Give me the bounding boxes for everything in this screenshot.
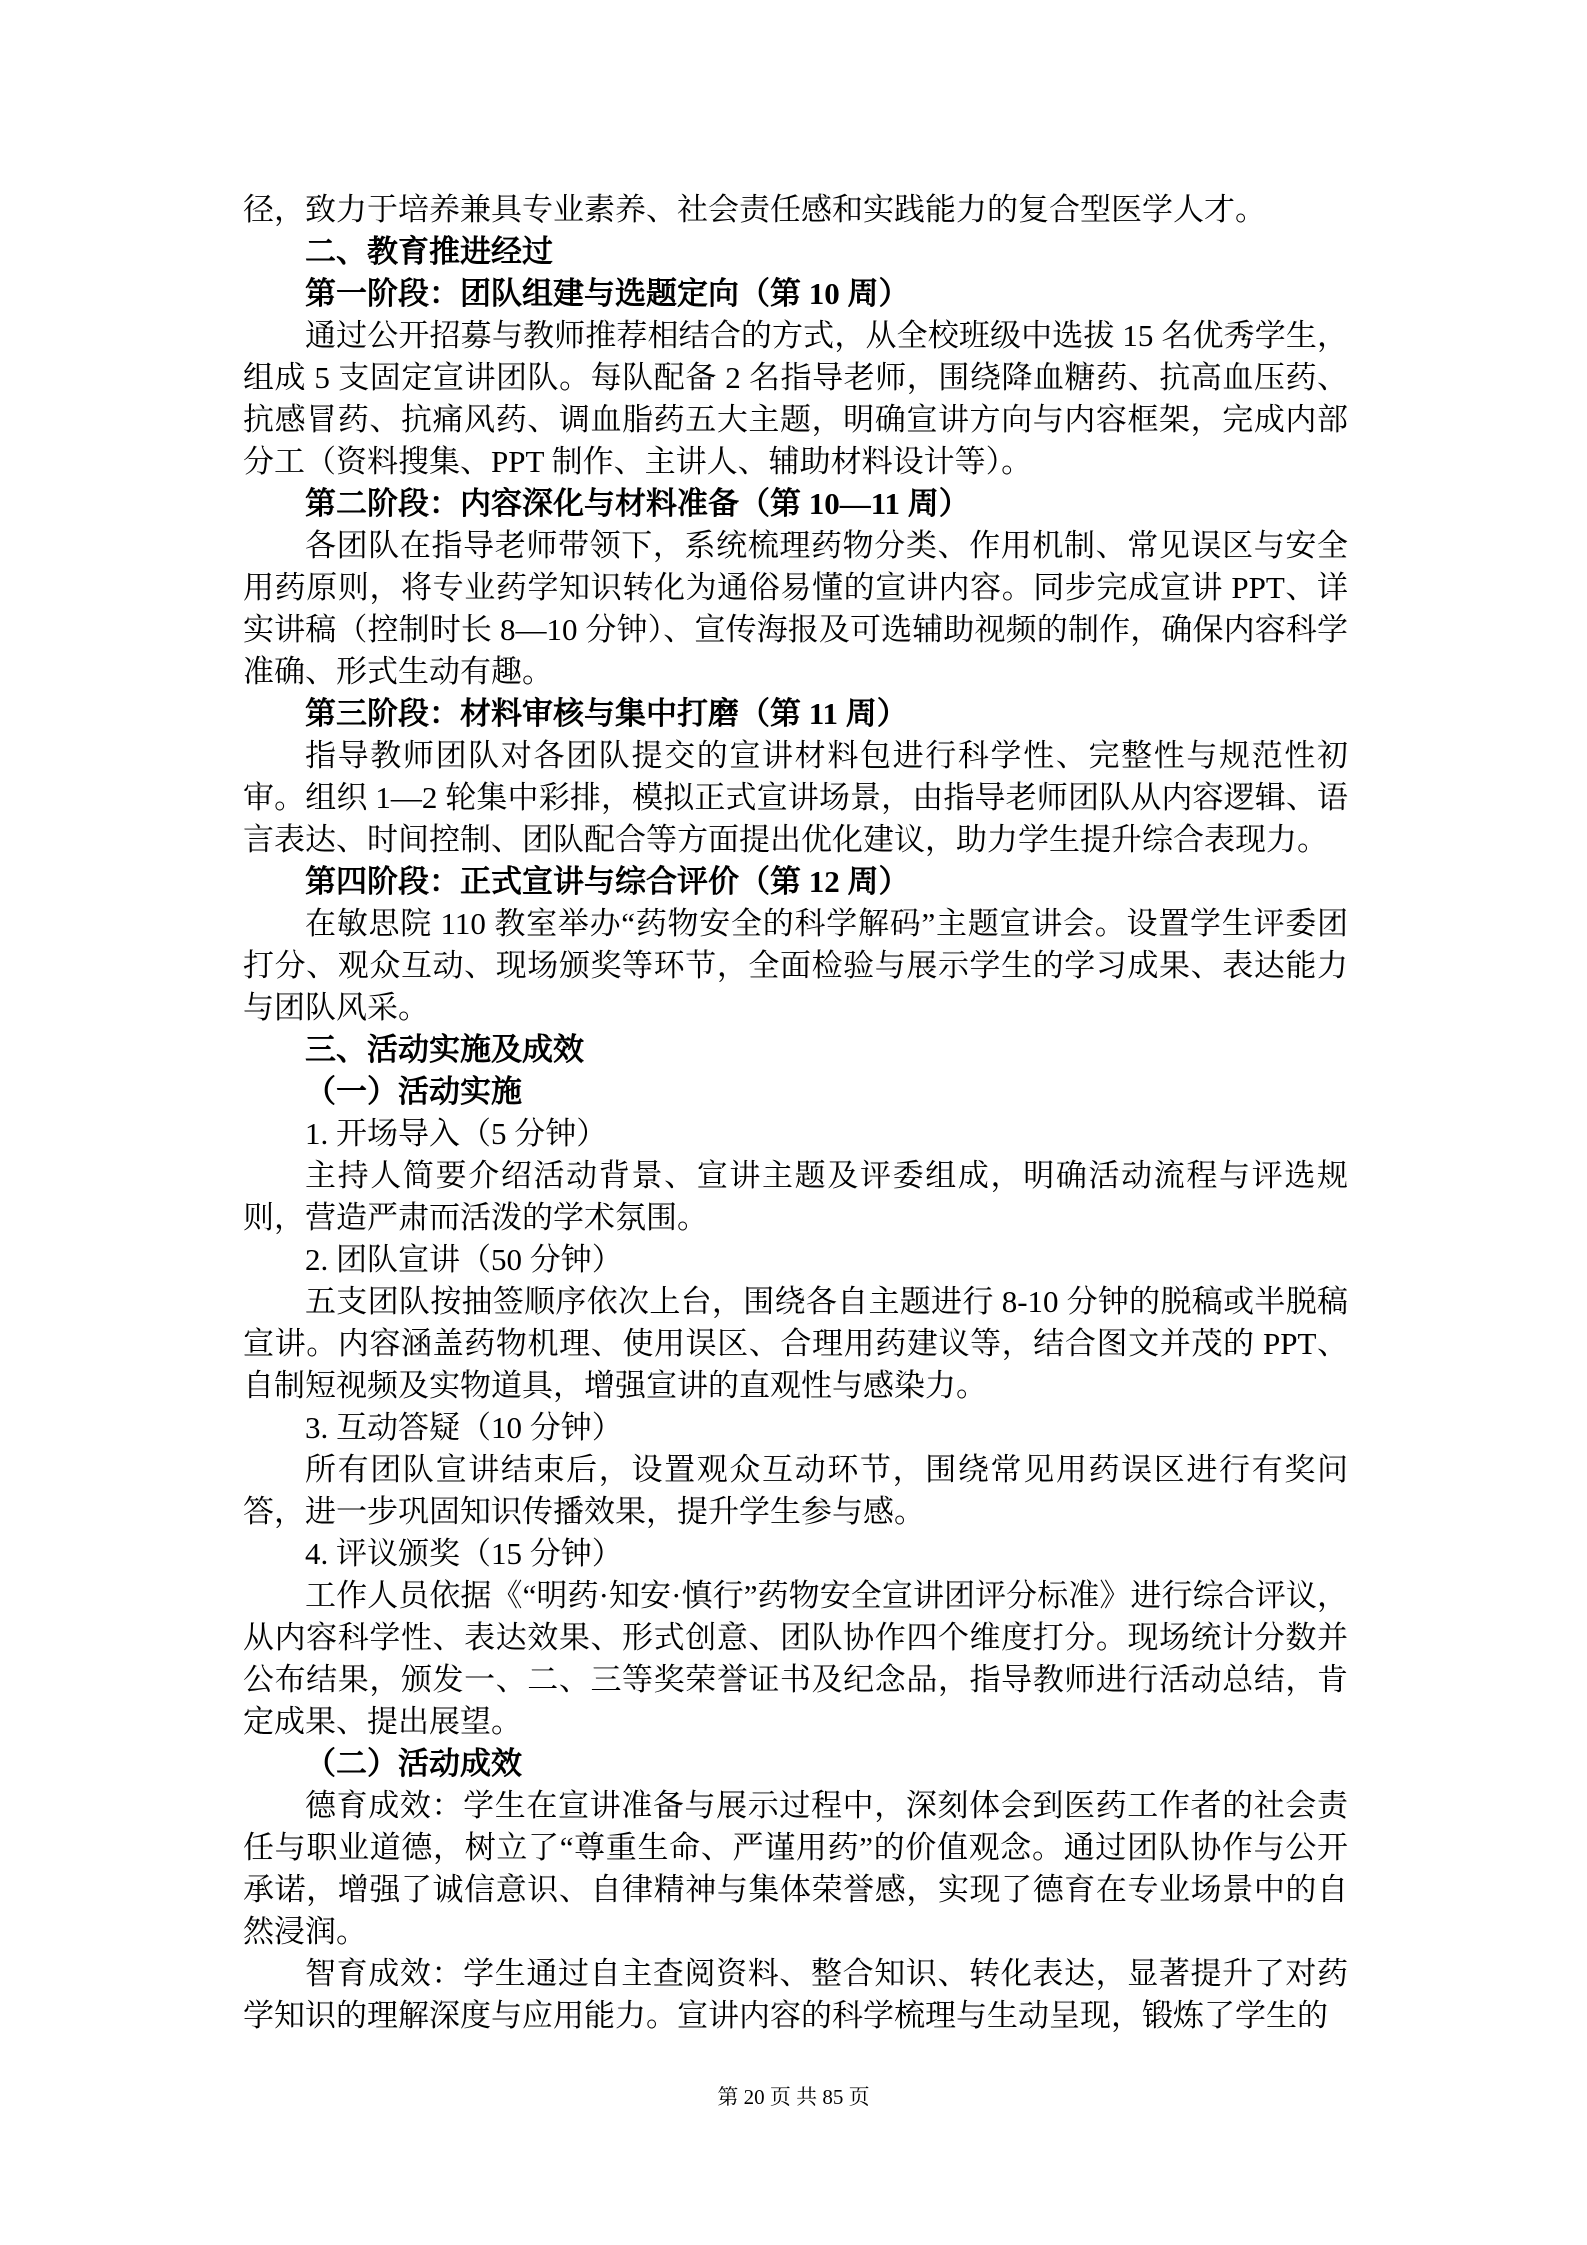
section-heading: （一）活动实施 — [243, 1071, 1348, 1113]
section-heading: 第三阶段：材料审核与集中打磨（第 11 周） — [243, 693, 1348, 735]
document-body: 径，致力于培养兼具专业素养、社会责任感和实践能力的复合型医学人才。二、教育推进经… — [243, 189, 1348, 2037]
section-heading: 三、活动实施及成效 — [243, 1029, 1348, 1071]
section-heading: 第二阶段：内容深化与材料准备（第 10—11 周） — [243, 483, 1348, 525]
document-page: 径，致力于培养兼具专业素养、社会责任感和实践能力的复合型医学人才。二、教育推进经… — [0, 0, 1587, 2245]
paragraph: 各团队在指导老师带领下，系统梳理药物分类、作用机制、常见误区与安全用药原则，将专… — [243, 525, 1348, 693]
paragraph: 主持人简要介绍活动背景、宣讲主题及评委组成，明确活动流程与评选规则，营造严肃而活… — [243, 1155, 1348, 1239]
section-heading: 第四阶段：正式宣讲与综合评价（第 12 周） — [243, 861, 1348, 903]
paragraph: 智育成效：学生通过自主查阅资料、整合知识、转化表达，显著提升了对药学知识的理解深… — [243, 1953, 1348, 2037]
paragraph: 1. 开场导入（5 分钟） — [243, 1113, 1348, 1155]
paragraph: 3. 互动答疑（10 分钟） — [243, 1407, 1348, 1449]
paragraph: 所有团队宣讲结束后，设置观众互动环节，围绕常见用药误区进行有奖问答，进一步巩固知… — [243, 1449, 1348, 1533]
section-heading: （二）活动成效 — [243, 1743, 1348, 1785]
paragraph: 通过公开招募与教师推荐相结合的方式，从全校班级中选拔 15 名优秀学生，组成 5… — [243, 315, 1348, 483]
paragraph: 2. 团队宣讲（50 分钟） — [243, 1239, 1348, 1281]
paragraph: 五支团队按抽签顺序依次上台，围绕各自主题进行 8-10 分钟的脱稿或半脱稿宣讲。… — [243, 1281, 1348, 1407]
paragraph: 德育成效：学生在宣讲准备与展示过程中，深刻体会到医药工作者的社会责任与职业道德，… — [243, 1785, 1348, 1953]
paragraph: 径，致力于培养兼具专业素养、社会责任感和实践能力的复合型医学人才。 — [243, 189, 1348, 231]
paragraph: 指导教师团队对各团队提交的宣讲材料包进行科学性、完整性与规范性初审。组织 1—2… — [243, 735, 1348, 861]
paragraph: 工作人员依据《“明药·知安·慎行”药物安全宣讲团评分标准》进行综合评议，从内容科… — [243, 1575, 1348, 1743]
paragraph: 在敏思院 110 教室举办“药物安全的科学解码”主题宣讲会。设置学生评委团打分、… — [243, 903, 1348, 1029]
section-heading: 第一阶段：团队组建与选题定向（第 10 周） — [243, 273, 1348, 315]
section-heading: 二、教育推进经过 — [243, 231, 1348, 273]
page-number: 第 20 页 共 85 页 — [717, 2085, 869, 2109]
page-footer: 第 20 页 共 85 页 — [0, 2082, 1587, 2112]
paragraph: 4. 评议颁奖（15 分钟） — [243, 1533, 1348, 1575]
